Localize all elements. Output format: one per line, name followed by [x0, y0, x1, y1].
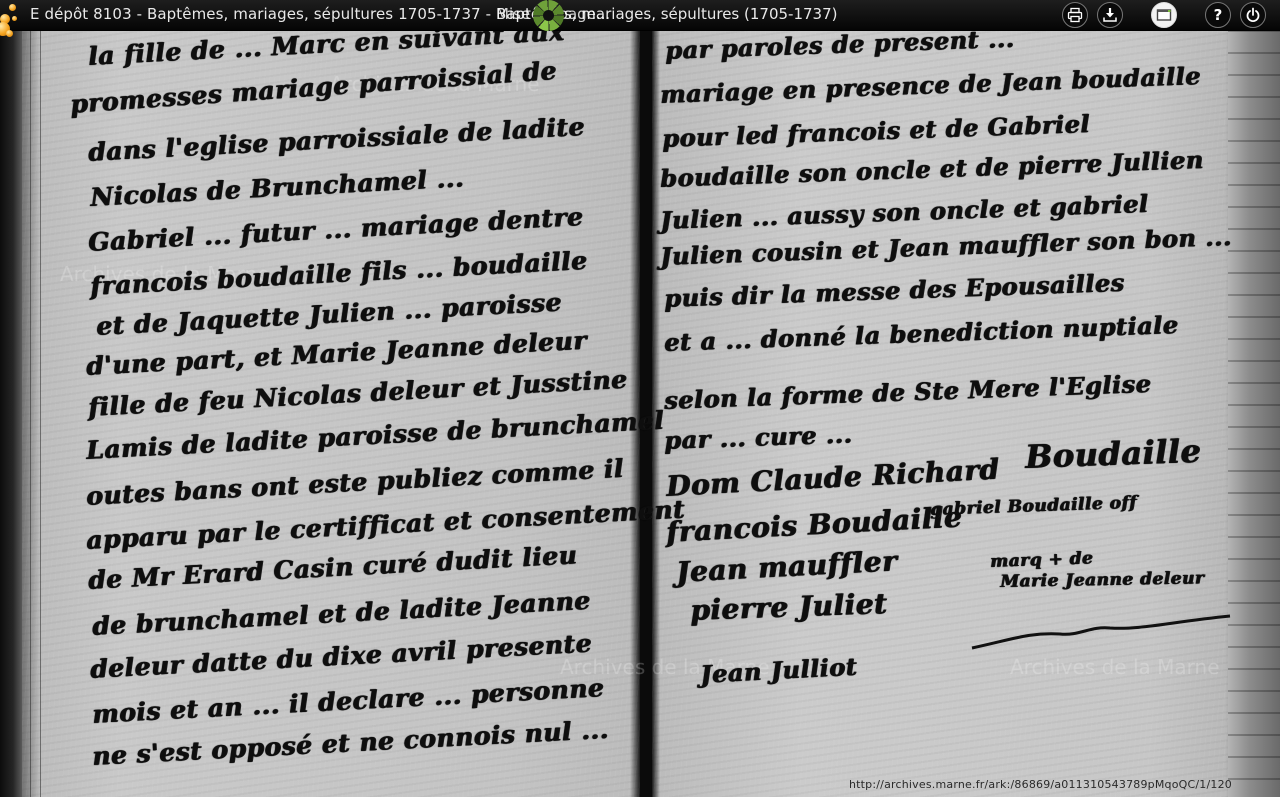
- help-button[interactable]: ?: [1205, 2, 1231, 28]
- signature: gabriel Boudaille off: [930, 493, 1138, 520]
- archives-logo-icon: [0, 0, 24, 60]
- quit-button[interactable]: [1240, 2, 1266, 28]
- margin-line: [40, 30, 41, 797]
- margin-line: [30, 30, 31, 797]
- page-binding-edge: [0, 30, 22, 797]
- page-right-edge: [1228, 30, 1280, 797]
- watermark: Archives de la Marne: [1010, 655, 1220, 679]
- manuscript-line: selon la forme de Ste Mere l'Eglise: [663, 369, 1151, 415]
- signature: francois Boudaille: [665, 501, 963, 549]
- signature: Dom Claude Richard: [665, 453, 1000, 503]
- signature: Marie Jeanne deleur: [1000, 568, 1204, 592]
- download-button[interactable]: [1097, 2, 1123, 28]
- download-icon: [1102, 7, 1118, 23]
- power-icon: [1245, 7, 1261, 23]
- spinner-icon: [533, 0, 564, 31]
- document-viewer[interactable]: Archives de la Marne Archives de la Marn…: [0, 0, 1280, 797]
- print-button[interactable]: [1062, 2, 1088, 28]
- document-title: E dépôt 8103 - Baptêmes, mariages, sépul…: [30, 5, 491, 23]
- fullscreen-button[interactable]: [1151, 2, 1177, 28]
- ark-permalink[interactable]: http://archives.marne.fr/ark:/86869/a011…: [849, 778, 1232, 791]
- manuscript-line: mariage en presence de Jean boudaille: [659, 61, 1201, 109]
- manuscript-line: pour led francois et de Gabriel: [661, 109, 1090, 153]
- top-bar: E dépôt 8103 - Baptêmes, mariages, sépul…: [0, 0, 1280, 31]
- printer-icon: [1067, 7, 1083, 23]
- manuscript-line: Nicolas de Brunchamel ...: [89, 163, 464, 212]
- manuscript-line: dans l'eglise parroissiale de ladite: [87, 112, 585, 167]
- manuscript-line: puis dir la messe des Epousailles: [663, 268, 1124, 313]
- manuscript-line: par ... cure ...: [663, 419, 852, 455]
- manuscript-line: et a ... donné la benediction nuptiale: [663, 310, 1178, 357]
- signature: marq + de: [990, 548, 1094, 572]
- signature: pierre Juliet: [689, 587, 887, 627]
- signature: Jean mauffler: [675, 544, 898, 589]
- manuscript-line: Gabriel ... futur ... mariage dentre: [87, 202, 584, 257]
- signature: Boudaille: [1024, 432, 1201, 476]
- manuscript-line: boudaille son oncle et de pierre Jullien: [659, 145, 1203, 193]
- flourish-stroke: [970, 612, 1240, 652]
- toolbar: ?: [1062, 0, 1266, 30]
- help-icon: ?: [1214, 6, 1223, 24]
- window-icon: [1156, 7, 1172, 23]
